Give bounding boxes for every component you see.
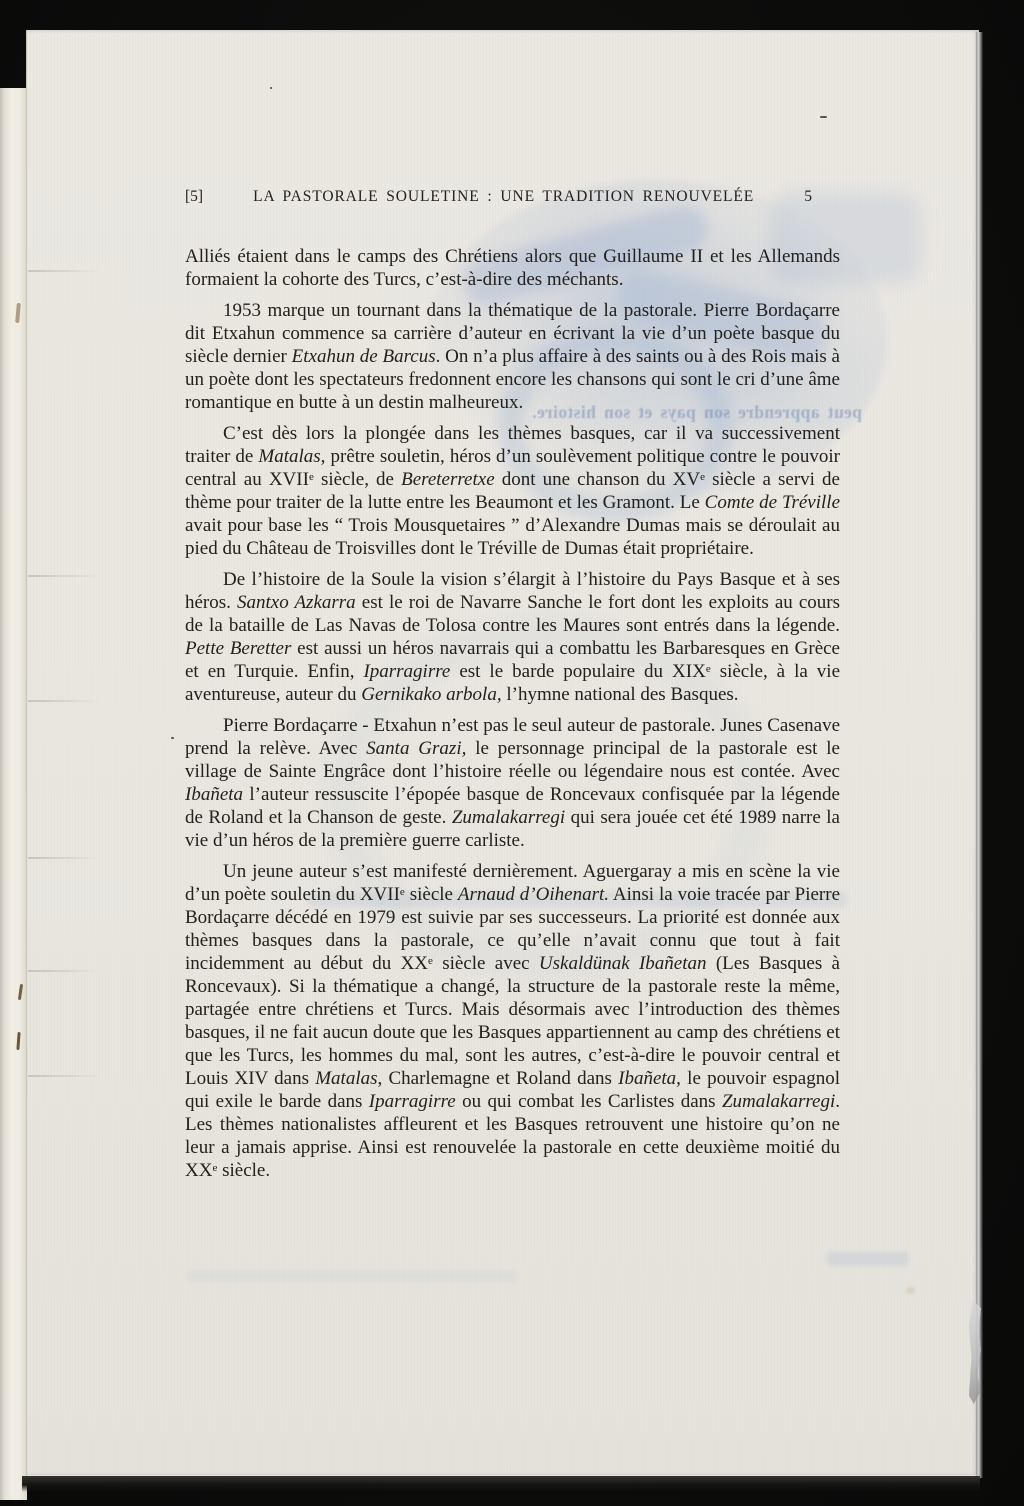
right-page-edge xyxy=(976,32,983,1478)
page-bottom-shadow xyxy=(22,1476,980,1492)
page-number: 5 xyxy=(804,188,840,206)
text-run: siècle xyxy=(405,884,458,905)
text-run: Iparragirre xyxy=(369,1091,456,1112)
text-run: Zumalakarregi xyxy=(452,807,565,828)
text-run: Pette Beretter xyxy=(185,638,291,659)
text-run: Etxahun de Barcus xyxy=(292,346,436,367)
running-title: LA PASTORALE SOULETINE : UNE TRADITION R… xyxy=(203,188,804,206)
text-run: siècle. xyxy=(217,1160,270,1181)
text-run: Uskaldünak Ibañetan xyxy=(539,953,707,974)
text-run: Charlemagne et Roland dans xyxy=(382,1068,618,1089)
text-run: l’hymne national des Basques. xyxy=(502,684,739,705)
page-header: [5] LA PASTORALE SOULETINE : UNE TRADITI… xyxy=(185,188,840,206)
paper-wrinkle xyxy=(28,1075,100,1077)
paper-wrinkle xyxy=(28,970,100,972)
paper-wrinkle xyxy=(28,857,100,859)
text-run: Arnaud d’Oihenart. xyxy=(458,884,609,905)
text-run: Matalas, xyxy=(315,1068,382,1089)
paragraph: 1953 marque un tournant dans la thématiq… xyxy=(185,299,840,414)
paragraph: Un jeune auteur s’est manifesté dernière… xyxy=(185,860,840,1182)
text-run: Iparragirre xyxy=(363,661,450,682)
scanned-book-photo: { "document": { "header": { "bracket_num… xyxy=(0,0,1024,1506)
text-run: Alliés étaient dans le camps des Chrétie… xyxy=(185,246,840,290)
text-run: Santa Grazi, xyxy=(366,738,466,759)
text-run: est le barde populaire du XIX xyxy=(450,661,705,682)
text-run: Zumalakarregi xyxy=(722,1091,835,1112)
paragraph: Pierre Bordaçarre - Etxahun n’est pas le… xyxy=(185,714,840,852)
paragraph: Alliés étaient dans le camps des Chrétie… xyxy=(185,245,840,291)
text-run: Gernikako arbola, xyxy=(361,684,501,705)
book-page: peut apprendre son pays et son histoire.… xyxy=(26,30,979,1476)
paper-speck xyxy=(820,116,827,118)
paper-speck xyxy=(906,1287,915,1294)
paper-wrinkle xyxy=(28,270,100,272)
text-run: Bereterretxe xyxy=(401,469,495,490)
paper-speck xyxy=(270,87,272,89)
paper-wrinkle xyxy=(28,575,100,577)
paragraph: De l’histoire de la Soule la vision s’él… xyxy=(185,568,840,706)
left-page-edges-strip xyxy=(0,88,27,1500)
text-run: avait pour base les “ Trois Mousquetaire… xyxy=(185,515,840,559)
header-bracket-number: [5] xyxy=(185,188,203,206)
showthrough-text-bar xyxy=(827,1252,909,1266)
paper-wrinkle xyxy=(28,700,100,702)
text-run: siècle avec xyxy=(433,953,539,974)
text-run: ou qui combat les Carlistes dans xyxy=(456,1091,722,1112)
text-run: Comte de Tréville xyxy=(705,492,840,513)
body-text: Alliés étaient dans le camps des Chrétie… xyxy=(185,245,840,1190)
paragraph: C’est dès lors la plongée dans les thème… xyxy=(185,422,840,560)
showthrough-text-bar xyxy=(187,1270,517,1282)
text-run: Ibañeta xyxy=(185,784,243,805)
text-run: Santxo Azkarra xyxy=(237,592,356,613)
text-run: Ibañeta, xyxy=(618,1068,681,1089)
text-run: siècle, de xyxy=(314,469,401,490)
paper-speck xyxy=(171,737,174,739)
text-run: Matalas, xyxy=(258,446,325,467)
text-run: dont une chanson du XV xyxy=(495,469,700,490)
